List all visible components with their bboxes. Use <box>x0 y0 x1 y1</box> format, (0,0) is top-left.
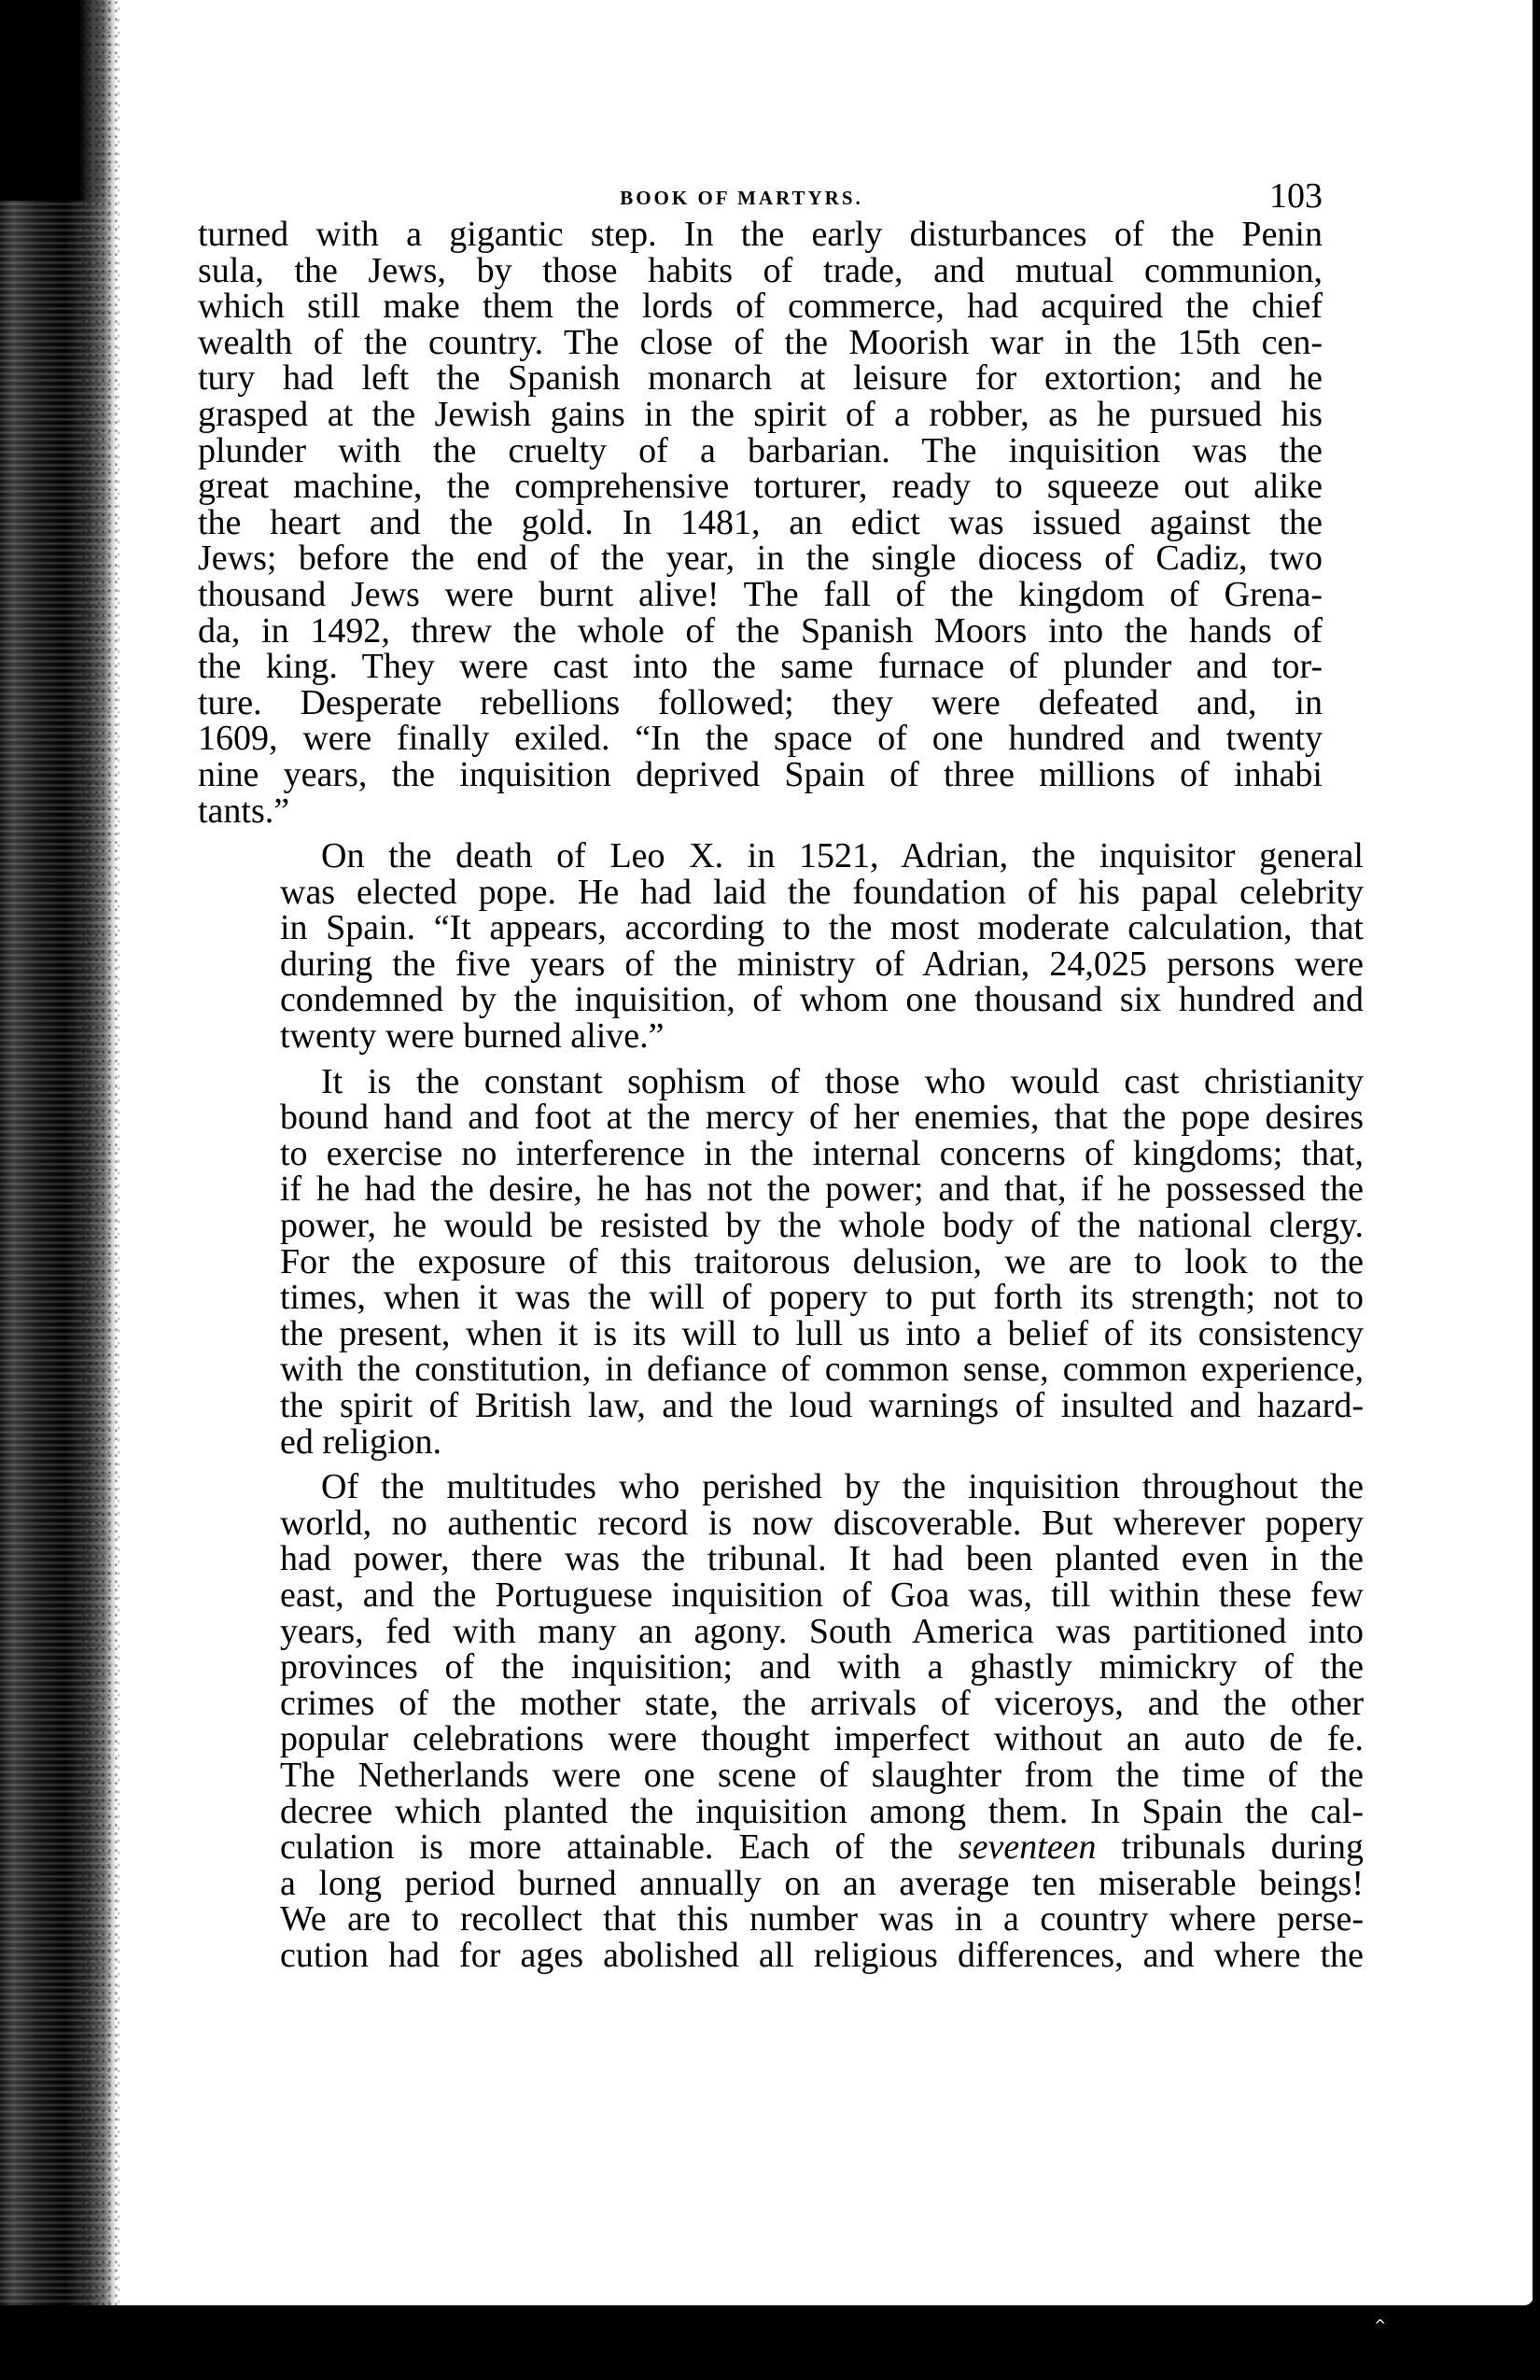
text-line: For the exposure of this traitorous delu… <box>198 1244 1323 1281</box>
text-line: had power, there was the tribunal. It ha… <box>198 1541 1323 1577</box>
text-line: to exercise no interference in the inter… <box>198 1136 1323 1172</box>
paragraph: On the death of Leo X. in 1521, Adrian, … <box>198 838 1323 1055</box>
text-line: the king. They were cast into the same f… <box>198 649 1323 685</box>
running-header: BOOK OF MARTYRS. 103 <box>198 177 1323 215</box>
text-line: nine years, the inquisition deprived Spa… <box>198 757 1323 793</box>
text-line: with the constitution, in defiance of co… <box>198 1351 1323 1388</box>
text-line: Jews; before the end of the year, in the… <box>198 540 1323 577</box>
text-line: times, when it was the will of popery to… <box>198 1280 1323 1316</box>
text-line: The Netherlands were one scene of slaugh… <box>198 1757 1323 1794</box>
text-line: the present, when it is its will to lull… <box>198 1316 1323 1352</box>
text-line: popular celebrations were thought imperf… <box>198 1721 1323 1757</box>
text-line: which still make them the lords of comme… <box>198 288 1323 325</box>
gutter-speckle-texture <box>82 0 119 2305</box>
text-line: years, fed with many an agony. South Ame… <box>198 1614 1323 1650</box>
right-scan-edge <box>1533 0 1540 2305</box>
text-line: east, and the Portuguese inquisition of … <box>198 1577 1323 1614</box>
text-line: plunder with the cruelty of a barbarian.… <box>198 433 1323 469</box>
text-line: 1609, were finally exiled. “In the space… <box>198 721 1323 757</box>
text-line: wealth of the country. The close of the … <box>198 325 1323 361</box>
text-line: On the death of Leo X. in 1521, Adrian, … <box>198 838 1323 875</box>
text-line: world, no authentic record is now discov… <box>198 1505 1323 1542</box>
text-line: crimes of the mother state, the arrivals… <box>198 1686 1323 1722</box>
text-line: the heart and the gold. In 1481, an edic… <box>198 505 1323 541</box>
paragraph: turned with a gigantic step. In the earl… <box>198 217 1323 829</box>
text-line: tury had left the Spanish monarch at lei… <box>198 360 1323 397</box>
text-line: da, in 1492, threw the whole of the Span… <box>198 613 1323 650</box>
text-line: a long period burned annually on an aver… <box>198 1866 1323 1902</box>
text-line: decree which planted the inquisition amo… <box>198 1794 1323 1830</box>
text-line: condemned by the inquisition, of whom on… <box>198 982 1323 1018</box>
text-line: during the five years of the ministry of… <box>198 946 1323 983</box>
text-line: Of the multitudes who perished by the in… <box>198 1469 1323 1505</box>
text-line: We are to recollect that this number was… <box>198 1901 1323 1938</box>
text-line: sula, the Jews, by those habits of trade… <box>198 253 1323 289</box>
text-line: the spirit of British law, and the loud … <box>198 1388 1323 1424</box>
paragraph: It is the constant sophism of those who … <box>198 1064 1323 1461</box>
text-line: great machine, the comprehensive torture… <box>198 469 1323 505</box>
body-text: turned with a gigantic step. In the earl… <box>198 217 1323 1974</box>
text-line: bound hand and foot at the mercy of her … <box>198 1099 1323 1136</box>
text-line: turned with a gigantic step. In the earl… <box>198 217 1323 253</box>
text-line: if he had the desire, he has not the pow… <box>198 1171 1323 1208</box>
running-title: BOOK OF MARTYRS. <box>179 187 1304 210</box>
text-line: was elected pope. He had laid the founda… <box>198 875 1323 911</box>
text-line: ed religion. <box>198 1424 1323 1461</box>
text-line: It is the constant sophism of those who … <box>198 1064 1323 1100</box>
text-line: in Spain. “It appears, according to the … <box>198 910 1323 946</box>
text-line: cution had for ages abolished all religi… <box>198 1938 1323 1974</box>
page-number: 103 <box>1269 177 1323 215</box>
text-line: twenty were burned alive.” <box>198 1018 1323 1055</box>
text-line: culation is more attainable. Each of the… <box>198 1829 1323 1866</box>
text-line: provinces of the inquisition; and with a… <box>198 1649 1323 1686</box>
text-line: grasped at the Jewish gains in the spiri… <box>198 397 1323 433</box>
bottom-scan-edge <box>0 2305 1540 2380</box>
text-line: power, he would be resisted by the whole… <box>198 1208 1323 1244</box>
text-line: ture. Desperate rebellions followed; the… <box>198 685 1323 721</box>
paragraph: Of the multitudes who perished by the in… <box>198 1469 1323 1973</box>
scan-artifact-mark: ^ <box>1374 2317 1386 2334</box>
text-line: thousand Jews were burnt alive! The fall… <box>198 577 1323 613</box>
text-line: tants.” <box>198 793 1323 830</box>
